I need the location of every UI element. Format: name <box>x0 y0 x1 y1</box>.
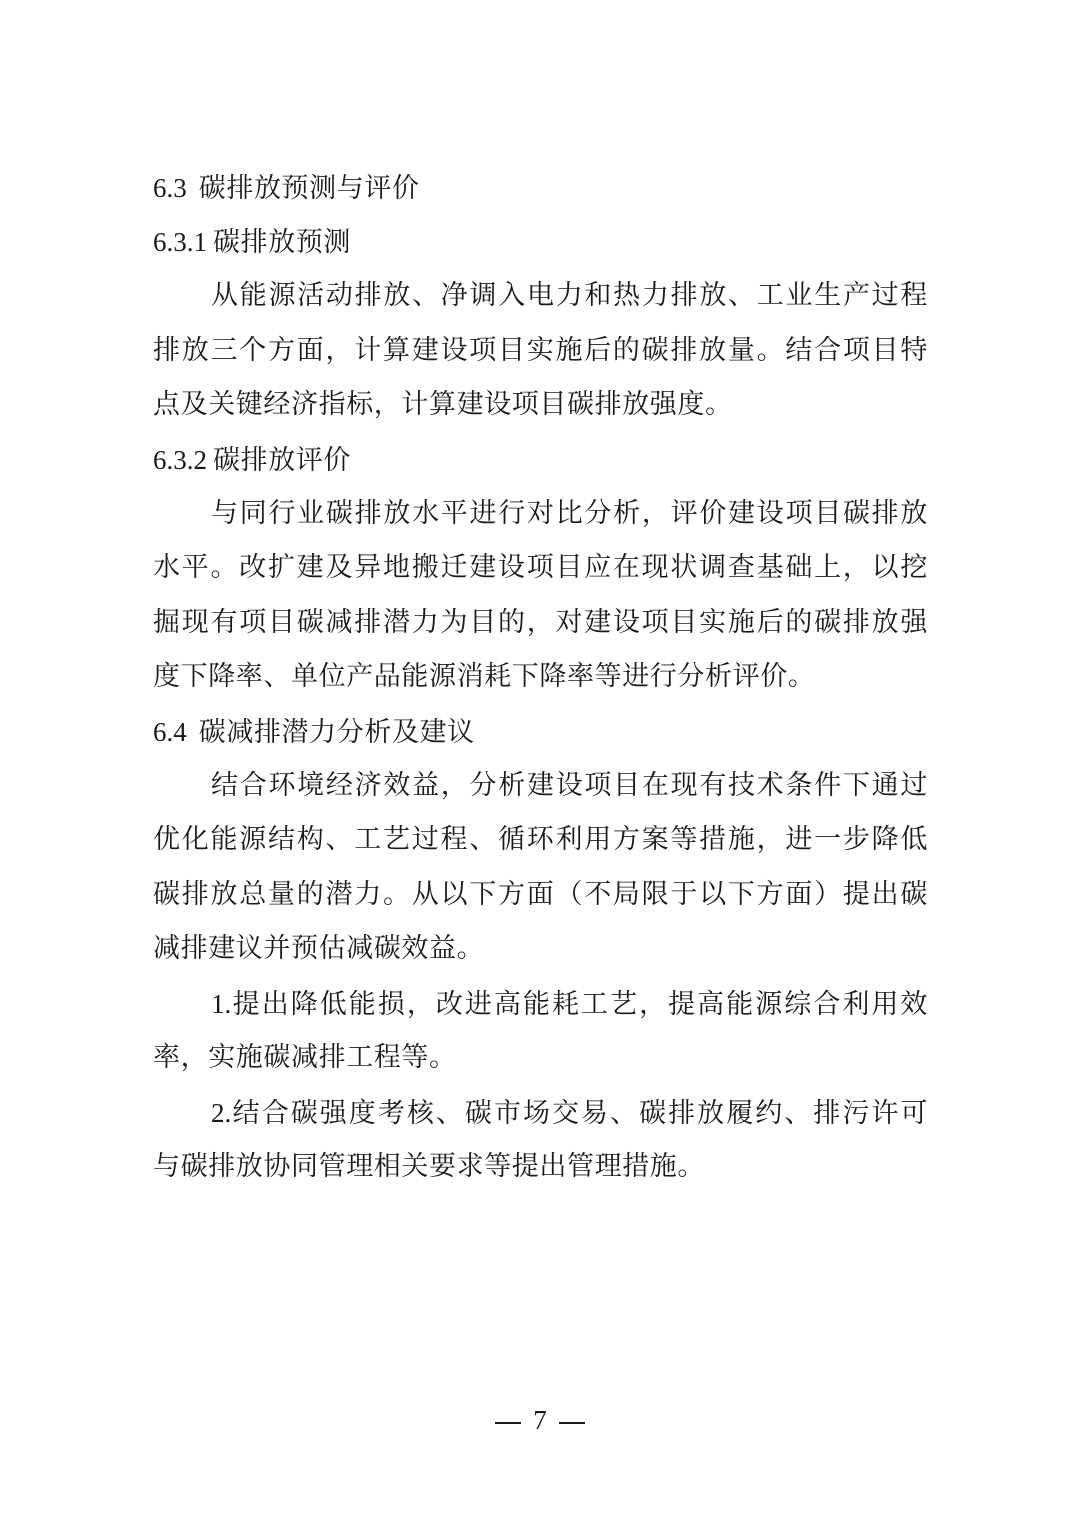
dash-right <box>559 1422 585 1424</box>
section-heading-6-3: 6.3碳排放预测与评价 <box>153 168 928 208</box>
paragraph-line: 排放三个方面，计算建设项目实施后的碳排放量。结合项目特 <box>153 331 928 371</box>
section-heading-6-3-2: 6.3.2碳排放评价 <box>153 440 928 480</box>
paragraph-line: 水平。改扩建及异地搬迁建设项目应在现状调查基础上，以挖 <box>153 548 928 588</box>
dash-left <box>495 1422 521 1424</box>
section-number: 6.3 <box>153 173 187 203</box>
section-title: 碳排放评价 <box>213 445 351 476</box>
paragraph-line: 与同行业碳排放水平进行对比分析，评价建设项目碳排放 <box>211 494 928 534</box>
section-number: 6.3.1 <box>153 227 207 257</box>
section-heading-6-3-1: 6.3.1碳排放预测 <box>153 222 928 262</box>
section-heading-6-4: 6.4碳减排潜力分析及建议 <box>153 712 928 752</box>
paragraph-line: 从能源活动排放、净调入电力和热力排放、工业生产过程 <box>211 276 928 316</box>
paragraph-line: 掘现有项目碳减排潜力为目的，对建设项目实施后的碳排放强 <box>153 603 928 643</box>
section-title: 碳减排潜力分析及建议 <box>199 717 475 748</box>
page-number: 7 <box>0 1400 1080 1440</box>
paragraph-line: 减排建议并预估减碳效益。 <box>153 929 928 969</box>
paragraph-line: 优化能源结构、工艺过程、循环利用方案等措施，进一步降低 <box>153 820 928 860</box>
section-number: 6.4 <box>153 717 187 747</box>
paragraph-line: 碳排放总量的潜力。从以下方面（不局限于以下方面）提出碳 <box>153 875 928 915</box>
section-title: 碳排放预测与评价 <box>199 173 420 204</box>
list-item-number: 1. <box>211 989 231 1019</box>
list-item-number: 2. <box>211 1098 231 1128</box>
document-page: 6.3碳排放预测与评价 6.3.1碳排放预测 从能源活动排放、净调入电力和热力排… <box>0 0 1080 1527</box>
paragraph-line: 结合环境经济效益，分析建设项目在现有技术条件下通过 <box>211 766 928 806</box>
list-item-text: 提出降低能损，改进高能耗工艺，提高能源综合利用效 <box>231 989 928 1020</box>
paragraph-line: 点及关键经济指标，计算建设项目碳排放强度。 <box>153 385 928 425</box>
list-item-2-continuation: 与碳排放协同管理相关要求等提出管理措施。 <box>153 1147 928 1187</box>
list-item-2: 2.结合碳强度考核、碳市场交易、碳排放履约、排污许可 <box>211 1093 928 1133</box>
section-title: 碳排放预测 <box>213 227 351 258</box>
section-number: 6.3.2 <box>153 445 207 475</box>
paragraph-line: 度下降率、单位产品能源消耗下降率等进行分析评价。 <box>153 657 928 697</box>
page-number-value: 7 <box>533 1405 547 1435</box>
list-item-text: 结合碳强度考核、碳市场交易、碳排放履约、排污许可 <box>231 1098 928 1129</box>
list-item-1-continuation: 率，实施碳减排工程等。 <box>153 1038 928 1078</box>
list-item-1: 1.提出降低能损，改进高能耗工艺，提高能源综合利用效 <box>211 984 928 1024</box>
